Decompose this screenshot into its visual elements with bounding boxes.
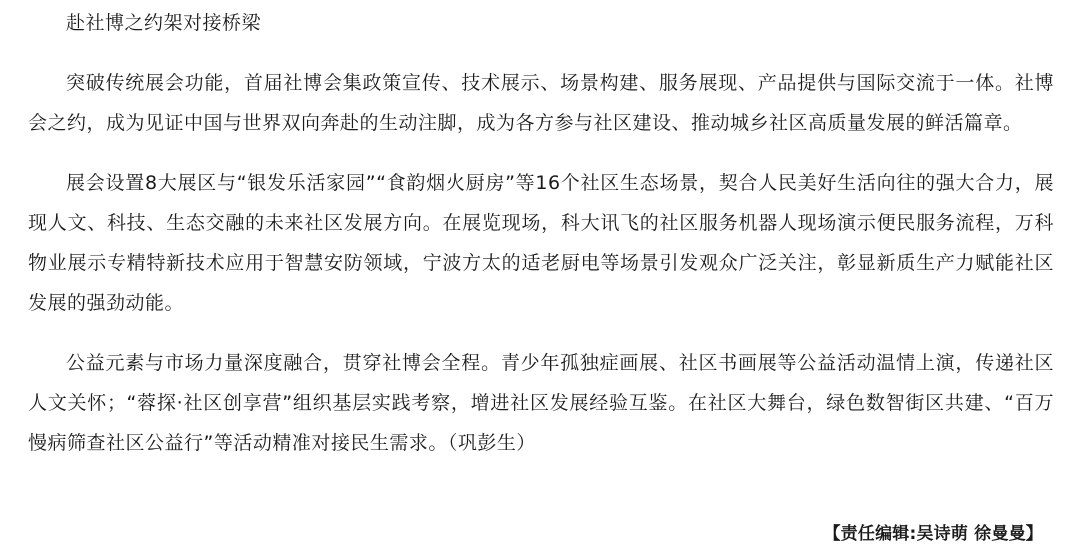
article-paragraph-1: 突破传统展会功能，首届社博会集政策宣传、技术展示、场景构建、服务展现、产品提供与… (28, 63, 1054, 143)
editor-credit: 【责任编辑:吴诗萌 徐曼曼】 (823, 523, 1043, 546)
article-page: 赴社博之约架对接桥梁 突破传统展会功能，首届社博会集政策宣传、技术展示、场景构建… (0, 0, 1080, 560)
article-paragraph-2: 展会设置8大展区与“银发乐活家园”“食韵烟火厨房”等16个社区生态场景，契合人民… (28, 163, 1054, 323)
article-paragraph-3: 公益元素与市场力量深度融合，贯穿社博会全程。青少年孤独症画展、社区书画展等公益活… (28, 343, 1054, 463)
article-title: 赴社博之约架对接桥梁 (28, 3, 1054, 43)
article-body: 赴社博之约架对接桥梁 突破传统展会功能，首届社博会集政策宣传、技术展示、场景构建… (28, 3, 1054, 463)
